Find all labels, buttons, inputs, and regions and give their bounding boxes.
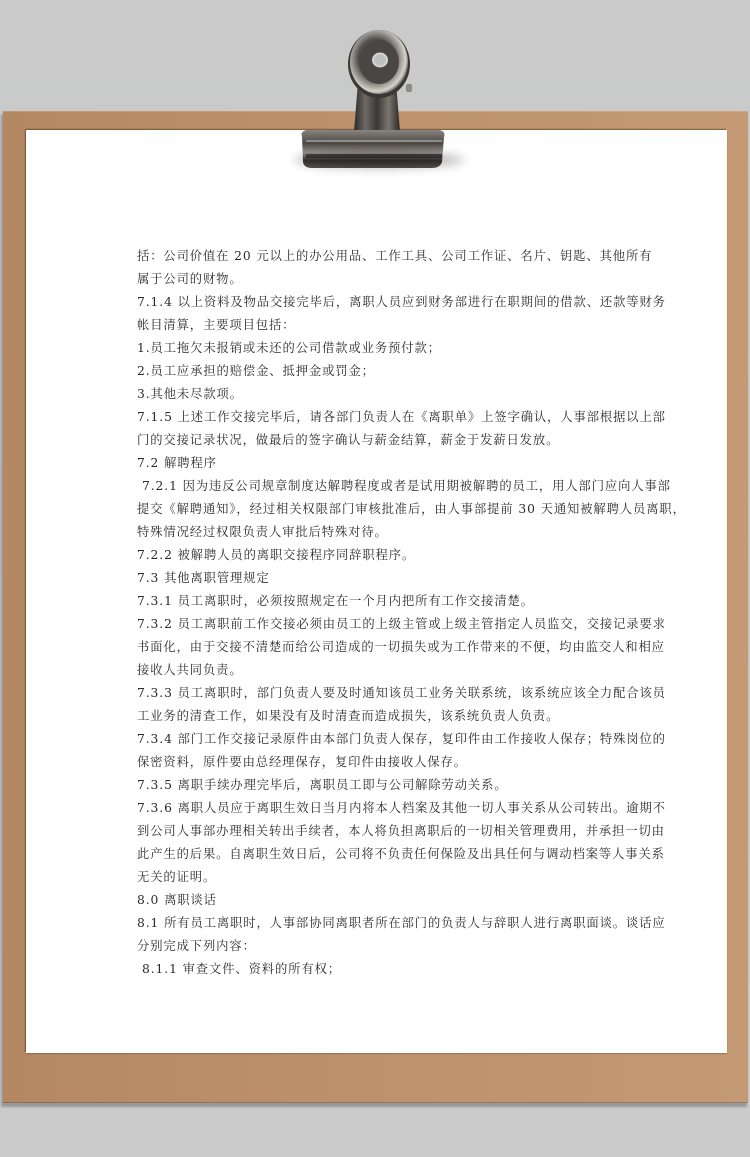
doc-line: 属于公司的财物。: [137, 268, 617, 291]
list-item: 3.其他未尽款项。: [137, 383, 617, 406]
section-heading-7-3-1: 7.3.1 员工离职时，必须按照规定在一个月内把所有工作交接清楚。: [137, 590, 617, 613]
section-heading-7-1-4: 7.1.4 以上资料及物品交接完毕后，离职人员应到财务部进行在职期间的借款、还款…: [137, 291, 617, 314]
section-heading-8-0: 8.0 离职谈话: [137, 889, 617, 912]
doc-line: 书面化，由于交接不清楚而给公司造成的一切损失或为工作带来的不便，均由监交人和相应: [137, 636, 617, 659]
doc-line: 无关的证明。: [137, 866, 617, 889]
doc-line: 帐目清算，主要项目包括：: [137, 314, 617, 337]
doc-line: 此产生的后果。自离职生效日后，公司将不负责任何保险及出具任何与调动档案等人事关系: [137, 843, 617, 866]
doc-line: 接收人共同负责。: [137, 659, 617, 682]
section-heading-7-3-3: 7.3.3 员工离职时，部门负责人要及时通知该员工业务关联系统，该系统应该全力配…: [137, 682, 617, 705]
section-heading-7-1-5: 7.1.5 上述工作交接完毕后，请各部门负责人在《离职单》上签字确认，人事部根据…: [137, 406, 617, 429]
section-heading-7-2-2: 7.2.2 被解聘人员的离职交接程序同辞职程序。: [137, 544, 617, 567]
doc-line: 到公司人事部办理相关转出手续者，本人将负担离职后的一切相关管理费用，并承担一切由: [137, 820, 617, 843]
section-heading-7-3: 7.3 其他离职管理规定: [137, 567, 617, 590]
doc-line: 特殊情况经过权限负责人审批后特殊对待。: [137, 521, 617, 544]
doc-line: 门的交接记录状况，做最后的签字确认与薪金结算，薪金于发薪日发放。: [137, 429, 617, 452]
doc-line: 分别完成下列内容：: [137, 935, 617, 958]
document-body: 括：公司价值在 20 元以上的办公用品、工作工具、公司工作证、名片、钥匙、其他所…: [137, 245, 617, 981]
binder-clip-icon: [284, 24, 464, 170]
doc-line: 保密资料，原件要由总经理保存，复印件由接收人保存。: [137, 751, 617, 774]
list-item: 1.员工拖欠未报销或未还的公司借款或业务预付款；: [137, 337, 617, 360]
list-item: 2.员工应承担的赔偿金、抵押金或罚金；: [137, 360, 617, 383]
section-heading-7-3-6: 7.3.6 离职人员应于离职生效日当月内将本人档案及其他一切人事关系从公司转出。…: [137, 797, 617, 820]
section-heading-7-2: 7.2 解聘程序: [137, 452, 617, 475]
section-heading-8-1: 8.1 所有员工离职时，人事部协同离职者所在部门的负责人与辞职人进行离职面谈。谈…: [137, 912, 617, 935]
doc-line: 工业务的清查工作，如果没有及时清查而造成损失，该系统负责人负责。: [137, 705, 617, 728]
doc-line: 提交《解聘通知》，经过相关权限部门审核批准后，由人事部提前 30 天通知被解聘人…: [137, 498, 617, 521]
section-heading-7-2-1: 7.2.1 因为违反公司规章制度达解聘程度或者是试用期被解聘的员工，用人部门应向…: [137, 475, 617, 498]
document-page: 括：公司价值在 20 元以上的办公用品、工作工具、公司工作证、名片、钥匙、其他所…: [26, 130, 727, 1053]
clip-shadow: [294, 152, 464, 168]
section-heading-8-1-1: 8.1.1 审查文件、资料的所有权；: [137, 958, 617, 981]
section-heading-7-3-5: 7.3.5 离职手续办理完毕后，离职员工即与公司解除劳动关系。: [137, 774, 617, 797]
doc-line: 括：公司价值在 20 元以上的办公用品、工作工具、公司工作证、名片、钥匙、其他所…: [137, 245, 617, 268]
section-heading-7-3-2: 7.3.2 员工离职前工作交接必须由员工的上级主管或上级主管指定人员监交，交接记…: [137, 613, 617, 636]
binder-clip-graphic: [284, 24, 464, 170]
section-heading-7-3-4: 7.3.4 部门工作交接记录原件由本部门负责人保存，复印件由工作接收人保存；特殊…: [137, 728, 617, 751]
